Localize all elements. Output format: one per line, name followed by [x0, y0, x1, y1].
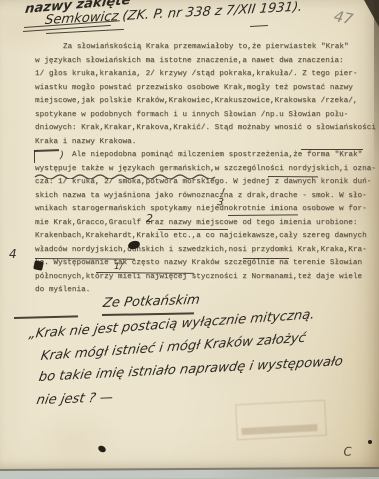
typescript-line: 1/ głos kruka,krakania, 2/ krzywy /stąd … — [35, 71, 358, 79]
typescript-line: Krakenbach,Krakehardt,Krakilo etc.,a co … — [35, 233, 367, 241]
corner-letter: C — [343, 444, 352, 459]
page-number: 47 — [332, 7, 354, 29]
scanner-background-strip — [0, 467, 379, 479]
typescript-line: dniowych: Krak,Krakar,Krakova,Krakić/. S… — [35, 125, 376, 133]
typescript-line: Za słowiańskością Kraka przemawiałoby to… — [63, 44, 349, 52]
underline-mark — [158, 229, 228, 230]
typescript-line: do myślenia. — [35, 287, 90, 295]
number-4-mark: 4 — [9, 247, 17, 261]
overline-mark — [301, 149, 363, 150]
typescript-line: ke. Występowanie tak często nazwy Kraków… — [35, 260, 362, 268]
ink-speck — [368, 440, 372, 444]
scanned-document: nazwy zaklęte Semkowicz (ZK. P. nr 338 z… — [0, 0, 379, 479]
typescript-line: mie Krak,Gracco,Graculf oraz nazwy miejs… — [35, 220, 358, 228]
typescript-line: cza: 1/ kruka, 2/ smoka,potwora morskieg… — [35, 179, 371, 187]
typescript-line: miejscowe,jak polskie Kraków,Krakowiec,K… — [35, 98, 358, 106]
ink-blot — [33, 260, 44, 271]
typescript-line: skich nazwa ta wyjaśniona jako równoznac… — [35, 193, 367, 201]
typescript-line: północnych,którzy mieli najwięcej styczn… — [35, 274, 362, 282]
margin-bracket-mark — [34, 150, 35, 163]
number-1-slash-mark: 1/ — [114, 262, 123, 272]
typescript-line: wnikach starogermańskich spotykamy nieje… — [35, 206, 367, 214]
handwritten-note-line: nie jest ? — — [35, 390, 114, 408]
wavy-underline-mark — [34, 172, 218, 179]
typescript-line: Ale niepodobna pominąć milczeniem spostr… — [72, 152, 362, 160]
paper-edge-shadow — [374, 0, 379, 170]
typescript-line: wiastku mogło powstać przezwisko osobowe… — [35, 85, 353, 93]
archive-stamp — [235, 400, 327, 441]
stamp-text-illegible — [241, 424, 317, 435]
underline-mark — [243, 258, 289, 259]
item-marker-glyph: ) — [60, 150, 64, 161]
typescript-line: władców nordyjskich,duńskich i szwedzkic… — [35, 247, 367, 255]
typescript-line: w językach słowiańskich ma istotne znacz… — [35, 58, 344, 66]
number-2-mark: 2 — [146, 212, 153, 225]
typescript-line: spotykane w podobnych formach i u innych… — [35, 112, 348, 120]
typescript-line: Kraka i nazwy Krakowa. — [35, 139, 136, 147]
